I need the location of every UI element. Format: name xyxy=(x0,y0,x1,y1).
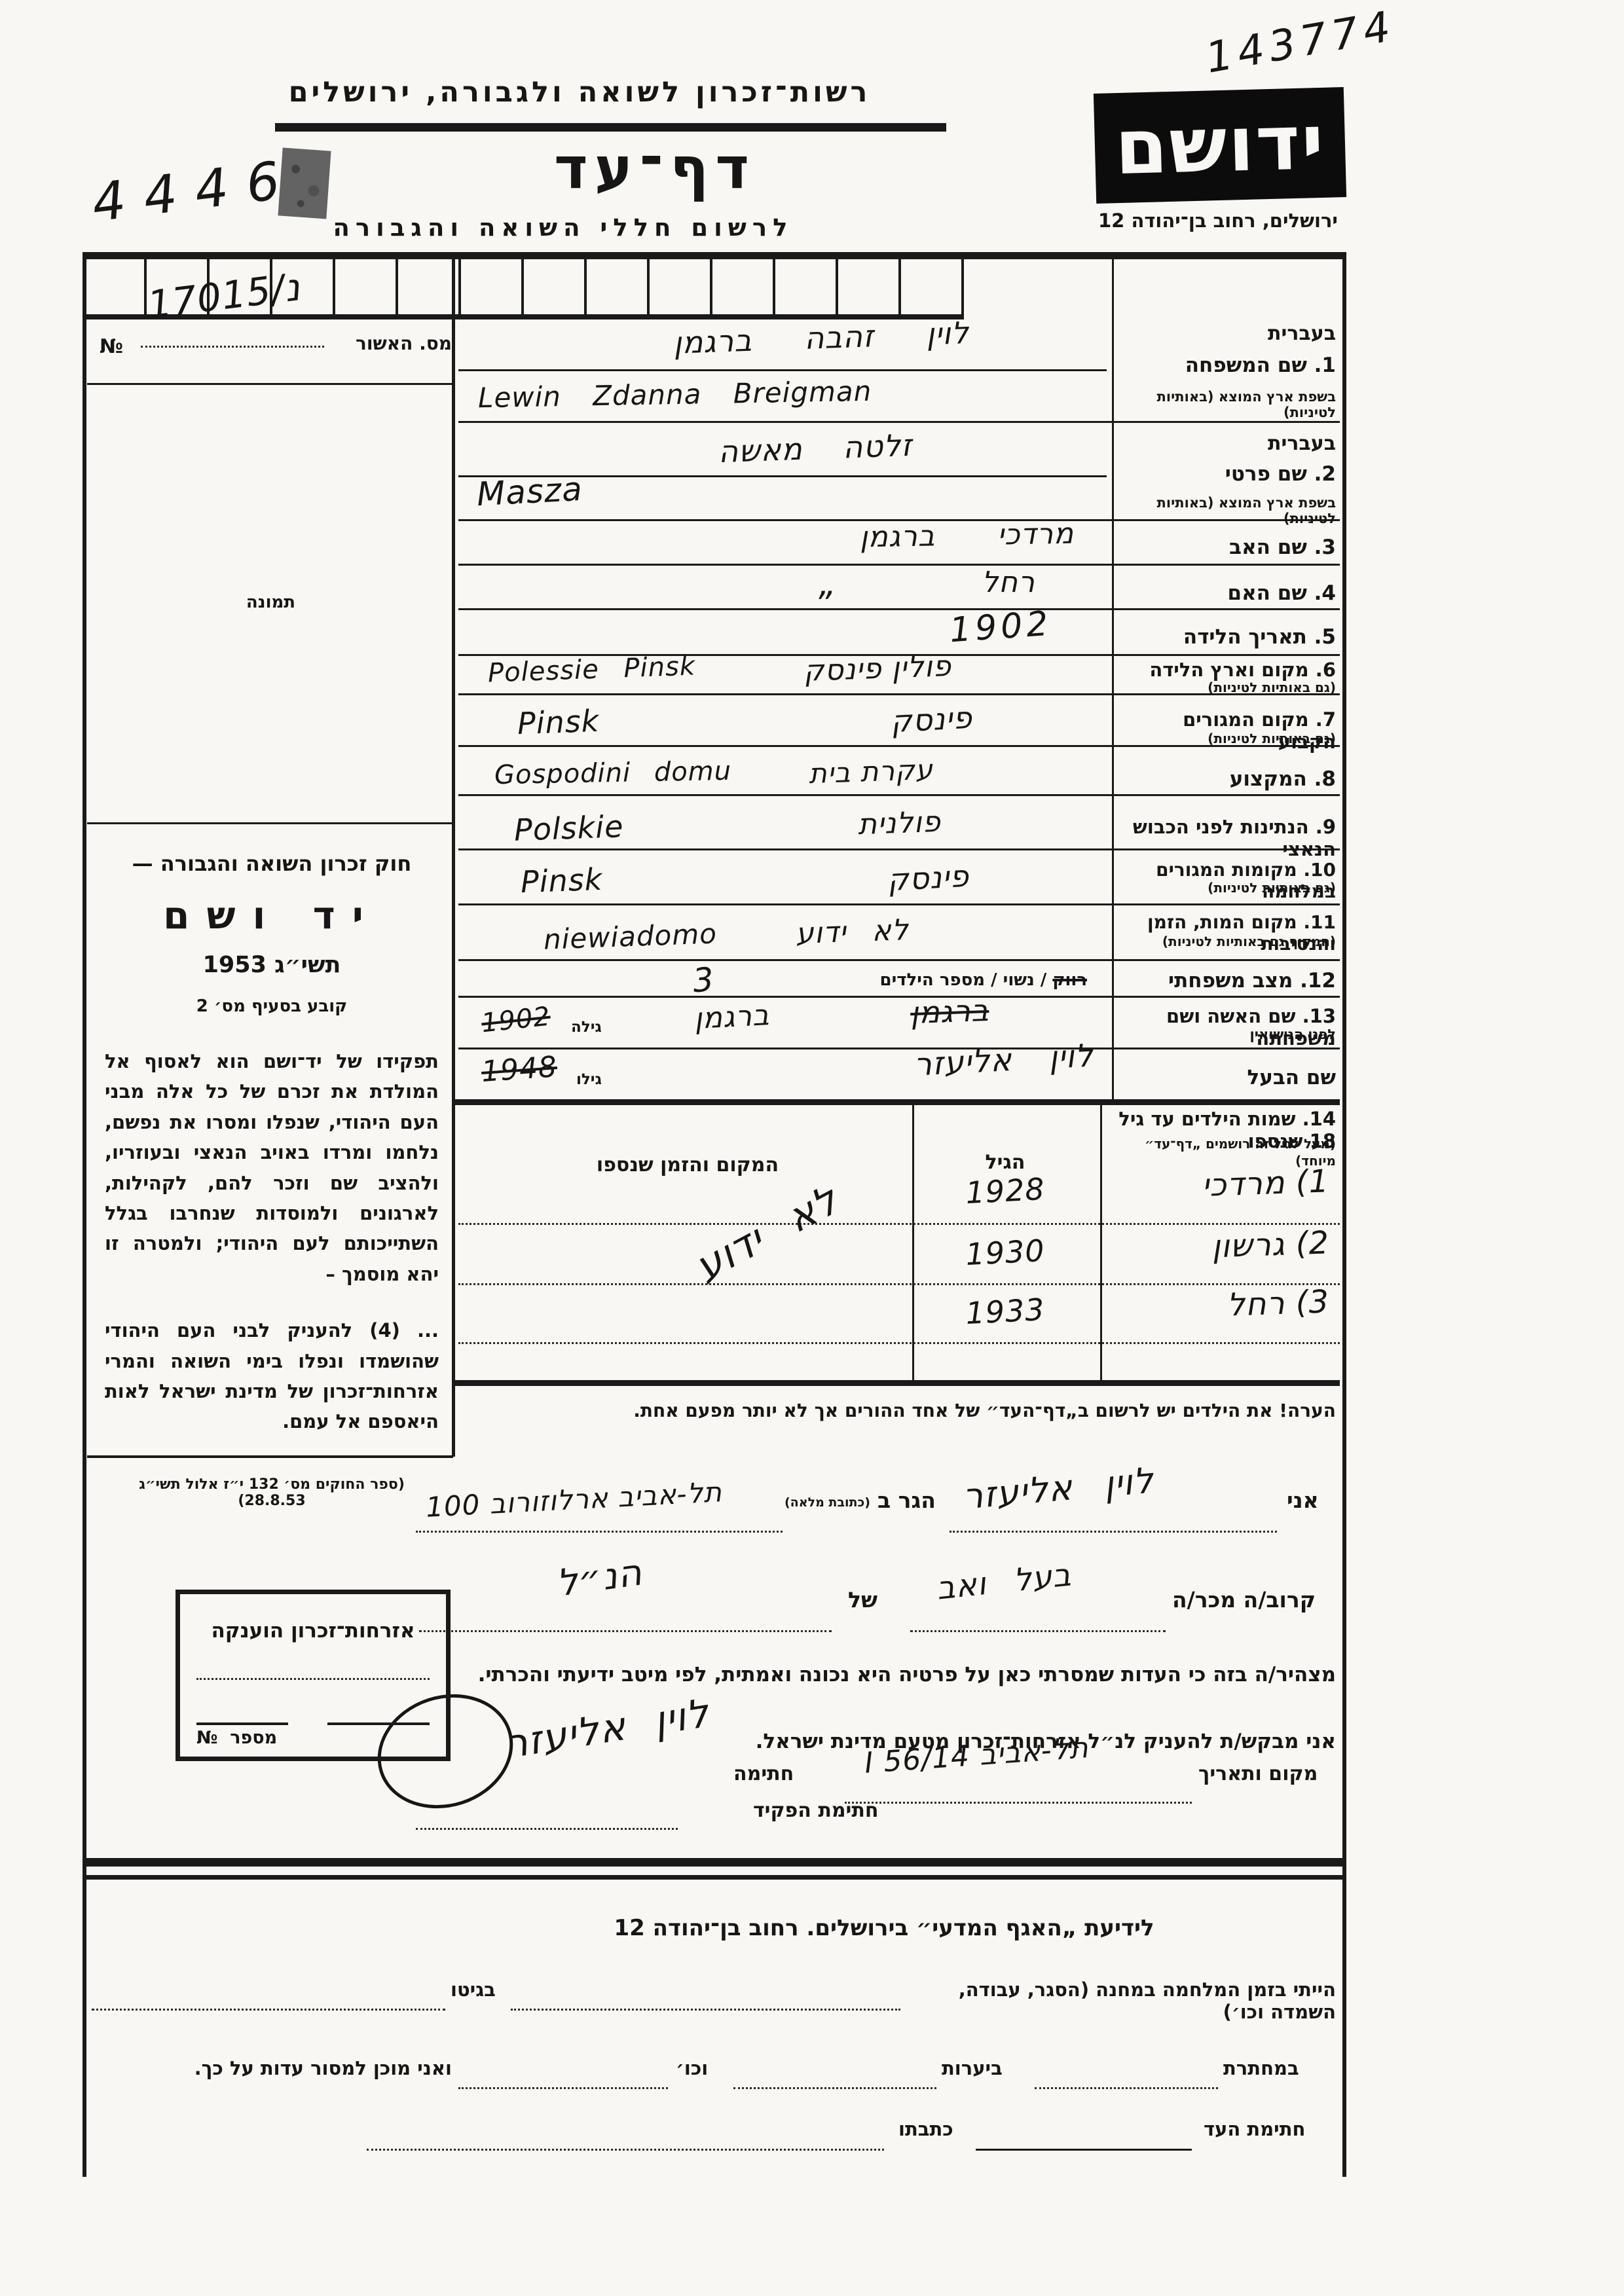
citizenship-number-text: מספר xyxy=(230,1728,277,1748)
his-age-label: גילו xyxy=(576,1071,602,1088)
field-title: שם האם xyxy=(1228,581,1307,605)
decl-place-date-label: מקום ותאריך xyxy=(1198,1762,1318,1785)
field-title: תאריך הלידה xyxy=(1183,625,1307,649)
answer-line xyxy=(458,959,1340,961)
decl-of-handwritten: הנ״ל xyxy=(554,1551,645,1605)
table-row-line xyxy=(458,1283,1340,1285)
wife-name-crossed: ברגמן xyxy=(910,993,989,1030)
ink-stamp xyxy=(278,148,331,219)
field-number: 6. xyxy=(1316,659,1336,681)
answer-profession-hebrew: עקרת בית xyxy=(772,752,970,791)
batch-number-handwritten: 4446 xyxy=(89,148,302,234)
border-right xyxy=(1342,252,1346,2177)
yad-vashem-logo: ידושם xyxy=(1094,87,1346,204)
child-number: (2 xyxy=(1295,1224,1330,1262)
field-title: המקצוע xyxy=(1230,767,1307,791)
child-name: רחל xyxy=(1227,1285,1286,1324)
decl-statement: מצהיר/ה בזה כי העדות שמסרתי כאן על פרטיה… xyxy=(419,1663,1336,1686)
law-title: חוק זכרון השואה והגבורה — xyxy=(105,851,439,876)
decl-address-handwritten: תל-אביב ארלוזורוב 100 xyxy=(425,1476,723,1523)
decl-i-label: אני xyxy=(1287,1487,1319,1513)
husband-name-handwritten: לוין אליעזר xyxy=(752,1037,1094,1091)
logo-text: ידושם xyxy=(1114,98,1326,192)
answer-war-residence-latin: Pinsk xyxy=(520,862,603,900)
bottom-ghetto-label: בגיטו xyxy=(451,1978,496,2001)
citizenship-title: אזרחות־זכרון הוענקה xyxy=(180,1619,446,1643)
logo-address: ירושלים, רחוב בן־יהודה 12 xyxy=(1084,210,1352,232)
citizenship-box: אזרחות־זכרון הוענקה מספר № xyxy=(175,1590,451,1761)
answer-line xyxy=(458,608,1340,610)
answer-surname-latin: Lewin Zdanna Breigman xyxy=(478,375,872,414)
decl-relative-line xyxy=(910,1630,1166,1632)
answer-line-heavy xyxy=(452,1099,1340,1105)
field-sublabel-6: (גם באותיות לטיניות) xyxy=(1116,680,1336,695)
child-name: גרשון xyxy=(1211,1226,1285,1266)
answer-residence-hebrew: פינסק xyxy=(890,700,974,739)
table-divider-age xyxy=(912,1099,914,1383)
child-row-name: (1 מרדכי xyxy=(1113,1163,1330,1207)
field-label-2: 2. שם פרטי xyxy=(1120,462,1336,486)
child-row-age: 1928 xyxy=(916,1169,1094,1213)
citizenship-line-left xyxy=(196,1722,288,1725)
law-paragraph-1: תפקידו של יד־ושם הוא לאסוף אל המולדת את … xyxy=(105,1046,439,1289)
bottom-title: לידיעת „האגף המדעי״ בירושלים. רחוב בן־יה… xyxy=(589,1915,1179,1941)
marital-options-printed: רווק / נשוי / מספר הילדים xyxy=(720,970,1087,990)
field-number: 9. xyxy=(1316,816,1336,838)
table-divider-names xyxy=(1100,1099,1102,1383)
table-row-line xyxy=(458,1342,1340,1344)
answer-firstname-hebrew: זלטה מאשה xyxy=(661,426,970,471)
decl-of-label: של xyxy=(848,1587,877,1613)
label-hebrew-2: בעברית xyxy=(1120,432,1336,455)
bottom-underground-label: במחתרת xyxy=(1223,2057,1299,2079)
citizenship-no-symbol: № xyxy=(196,1728,217,1748)
answer-mother-name: רחל xyxy=(956,566,1061,599)
field-sublabel-1: בשפת ארץ המוצא (באותיות לטיניות) xyxy=(1116,389,1336,420)
answer-firstname-latin: Masza xyxy=(476,470,584,513)
cert-no-symbol: № xyxy=(100,335,123,358)
clerk-signature-label: חתימת הפקיד xyxy=(753,1799,878,1822)
law-section: קובע בסעיף מס׳ 2 xyxy=(105,996,439,1016)
answer-line xyxy=(458,369,1107,371)
law-year: תשי״ג 1953 xyxy=(105,952,439,978)
children-note: הערה! את הילדים יש לרשום ב„דף־העד״ של אח… xyxy=(544,1400,1336,1421)
answer-birth-date: 1902 xyxy=(948,604,1053,651)
answer-birth-place-latin: Polessie Pinsk xyxy=(487,651,695,688)
field-title: מצב משפחתי xyxy=(1168,969,1293,993)
law-source: (ספר החוקים מס׳ 132 י״ז אלול תשי״ג 28.8.… xyxy=(105,1476,439,1509)
field-title: שם המשפחה xyxy=(1185,354,1307,377)
decl-name-handwritten: לוין אליעזר xyxy=(961,1459,1156,1517)
decl-address-line xyxy=(416,1531,783,1533)
table-header-place: המקום והזמן שנספו xyxy=(491,1154,884,1176)
field-number: 3. xyxy=(1314,536,1336,559)
decl-signature-handwritten: לוין אליעזר xyxy=(502,1690,712,1768)
bottom-witness-signature-line xyxy=(976,2149,1192,2151)
law-sidebar: חוק זכרון השואה והגבורה — יד ושם תשי״ג 1… xyxy=(105,851,439,1509)
bottom-ghetto-line xyxy=(92,2009,445,2011)
bottom-forests-label: ביערות xyxy=(942,2057,1003,2079)
answer-residence-latin: Pinsk xyxy=(517,703,600,741)
marital-option-single-crossed: רווק xyxy=(1052,970,1087,990)
answer-surname-hebrew: לוין זהבה ברגמן xyxy=(484,315,969,367)
bottom-camp-label: הייתי בזמן המלחמה במחנה (הסגר, עבודה, הש… xyxy=(910,1978,1336,2023)
field-label-4: 4. שם האם xyxy=(1120,581,1336,605)
field-label-8: 8. המקצוע xyxy=(1120,767,1336,791)
field-number: 7. xyxy=(1316,708,1336,731)
answer-citizenship-hebrew: פולנית xyxy=(857,805,942,841)
label-hebrew-1: בעברית xyxy=(1120,322,1336,345)
rule-top xyxy=(84,252,1346,259)
cert-number-line xyxy=(141,346,324,348)
field-title: הנתינות לפני הכבוש הנאצי xyxy=(1133,816,1336,860)
child-row-name: (2 גרשון xyxy=(1113,1224,1330,1268)
authority-underline xyxy=(275,123,946,132)
answer-children-count: 3 xyxy=(692,960,716,1000)
answer-line xyxy=(458,996,1340,998)
children-place-note-diagonal: לא ידוע xyxy=(581,1176,846,1347)
bottom-testify-label: ואני מוכן למסור עדות על כך. xyxy=(92,2057,452,2079)
field-number: 14. xyxy=(1302,1108,1336,1130)
form-title: דף־עד xyxy=(524,134,786,202)
her-age-label: גילה xyxy=(571,1019,602,1036)
field-title: שם האב xyxy=(1229,536,1307,559)
law-sidebar-underline xyxy=(87,1455,453,1458)
field-title: שם פרטי xyxy=(1225,462,1307,486)
form-subtitle: לרשום חללי השואה והגבורה xyxy=(314,213,812,242)
field-number: 12. xyxy=(1300,969,1336,993)
bottom-underground-line xyxy=(1035,2087,1218,2089)
child-number: (1 xyxy=(1295,1163,1330,1201)
field-number: 1. xyxy=(1314,354,1336,377)
table-row-line xyxy=(458,1223,1340,1225)
answer-line xyxy=(458,421,1340,423)
field-number: 8. xyxy=(1314,767,1336,791)
bottom-witness-address-label: כתבתו xyxy=(898,2118,953,2140)
field-number: 11. xyxy=(1303,911,1336,933)
field-label-6: 6. מקום וארץ הלידה xyxy=(1120,659,1336,681)
decl-place-date-line xyxy=(845,1802,1192,1804)
answer-line xyxy=(458,794,1340,796)
citizenship-line-right xyxy=(327,1722,430,1725)
decl-resides-label: הגר ב xyxy=(877,1487,936,1513)
answer-death-place-latin: niewiadomo xyxy=(543,917,717,955)
answer-war-residence-hebrew: פינסק xyxy=(887,858,970,898)
field-sublabel-2: בשפת ארץ המוצא (באותיות לטיניות) xyxy=(1116,495,1336,526)
field-label-1: 1. שם המשפחה xyxy=(1120,354,1336,377)
child-row-name: (3 רחל xyxy=(1113,1283,1330,1327)
answer-father-name: מרדכי ברגמן xyxy=(747,517,1075,556)
bottom-camp-line xyxy=(511,2009,900,2011)
field-sublabel-10: (גם באותיות לטיניות) xyxy=(1116,880,1336,896)
citizenship-line xyxy=(196,1678,430,1680)
decl-of-line xyxy=(419,1630,832,1632)
authority-title: רשות־זכרון לשואה ולגבורה, ירושלים xyxy=(216,76,943,109)
decl-address-hint: (כתובת מלאה) xyxy=(784,1495,870,1510)
table-bottom-heavy-line xyxy=(452,1380,1340,1386)
field-number: 10. xyxy=(1303,859,1336,881)
scanned-testimony-page: 143774 רשות־זכרון לשואה ולגבורה, ירושלים… xyxy=(0,0,1624,2296)
bottom-etc-line xyxy=(458,2087,668,2089)
field-sublabel-7: (גם באותיות לטיניות) xyxy=(1116,731,1336,746)
field-number: 2. xyxy=(1314,462,1336,486)
child-row-age: 1930 xyxy=(916,1230,1094,1275)
answer-profession-latin: Gospodini domu xyxy=(494,756,732,790)
answer-birth-place-hebrew: פולין פינסק xyxy=(779,649,976,689)
field-number: 13. xyxy=(1302,1005,1336,1027)
clerk-signature-line xyxy=(416,1828,678,1830)
catalog-number-handwritten: 143774 xyxy=(1202,2,1399,83)
divider-left-column xyxy=(452,252,455,1457)
decl-relative-label: קרוב/ה מכר/ה xyxy=(1172,1587,1316,1613)
field-label-12: 12. מצב משפחתי xyxy=(1120,969,1336,993)
decl-name-line xyxy=(950,1531,1277,1533)
photo-cell-underline xyxy=(87,822,453,824)
answer-line xyxy=(458,564,1340,566)
child-number: (3 xyxy=(1295,1283,1330,1321)
wife-age-crossed: 1902 xyxy=(480,1002,552,1039)
answer-mother-ditto-mark: „ xyxy=(819,564,837,604)
rule-double-bottom xyxy=(84,1875,1346,1880)
field-number: 4. xyxy=(1314,581,1336,605)
law-paragraph-2: ... (4) להעניק לבני העם היהודי שהושמדו ו… xyxy=(105,1315,439,1437)
cert-number-label: מס. האשור xyxy=(327,333,452,354)
cert-row-underline xyxy=(87,383,453,385)
photo-label: תמונה xyxy=(88,592,453,612)
bottom-witness-signature-label: חתימת העד xyxy=(1204,2118,1305,2140)
field-title: מקום וארץ הלידה xyxy=(1149,659,1308,681)
field-number: 5. xyxy=(1314,625,1336,649)
answer-citizenship-latin: Polskie xyxy=(513,809,624,848)
border-left xyxy=(83,252,86,2177)
wife-maiden-name-handwritten: ברגמן xyxy=(693,998,771,1036)
field-label-3: 3. שם האב xyxy=(1120,536,1336,559)
citizenship-number-row: מספר № xyxy=(196,1728,277,1748)
field-label-5: 5. תאריך הלידה xyxy=(1120,625,1336,649)
bottom-forests-line xyxy=(733,2087,936,2089)
husband-age-crossed: 1948 xyxy=(480,1050,558,1089)
marital-options-rest: / נשוי / מספר הילדים xyxy=(879,970,1052,990)
decl-relative-handwritten: בעל ואב xyxy=(935,1556,1073,1607)
answer-death-place-hebrew: לא ידוע xyxy=(795,913,909,951)
field-sublabel-11: (המקיף גם באותיות לטיניות) xyxy=(1116,934,1336,949)
child-name: מרדכי xyxy=(1201,1165,1285,1204)
divider-label-column xyxy=(1112,252,1114,1099)
decl-signature-label: חתימה xyxy=(733,1762,794,1785)
rule-double-top xyxy=(84,1858,1346,1867)
bottom-etc-label: וכו׳ xyxy=(676,2057,708,2079)
bottom-witness-address-line xyxy=(367,2149,884,2151)
husband-label: שם הבעל xyxy=(1120,1066,1336,1089)
law-name: יד ושם xyxy=(105,893,439,938)
answer-line xyxy=(458,903,1340,905)
field-label-9: 9. הנתינות לפני הכבוש הנאצי xyxy=(1113,816,1336,860)
child-row-age: 1933 xyxy=(916,1289,1094,1334)
field-sublabel-13: לפני הנישואין xyxy=(1116,1027,1336,1042)
